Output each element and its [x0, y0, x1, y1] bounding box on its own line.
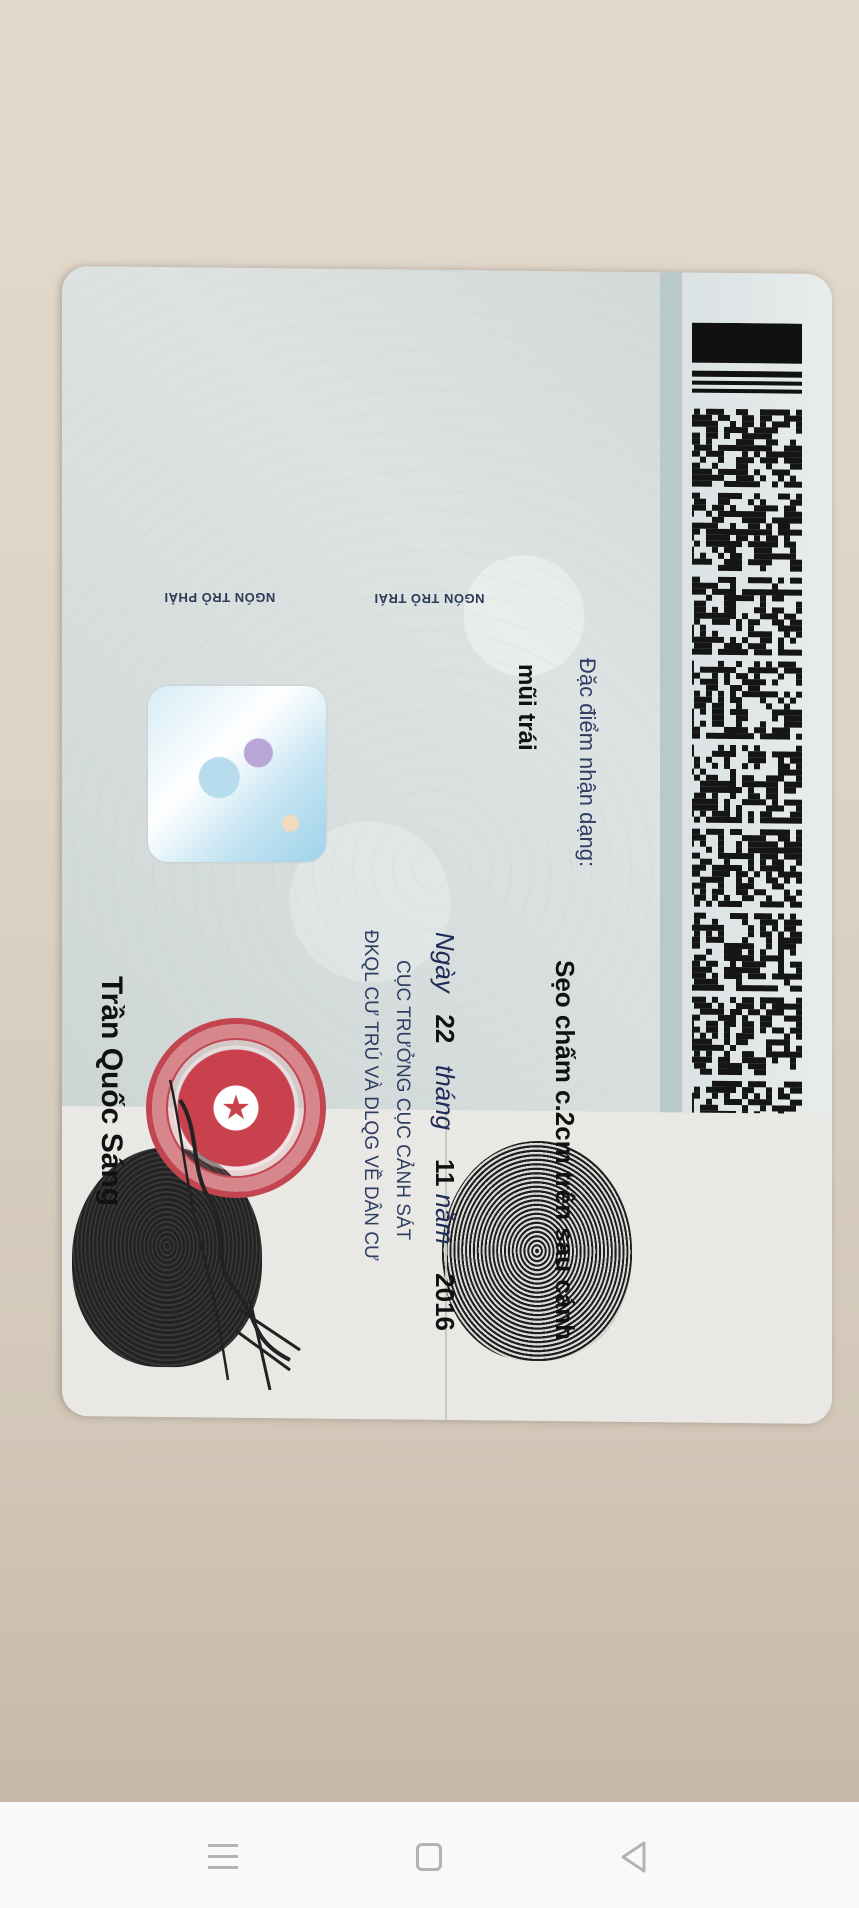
identifying-marks-value-line2: mũi trái — [512, 664, 540, 751]
identifying-marks-label: Đặc điểm nhận dạng: — [574, 658, 600, 867]
photo-viewer: NGÓN TRỎ TRÁI NGÓN TRỎ PHẢI Đặc điểm nhậ… — [0, 0, 859, 1802]
rounded-square-icon — [416, 1843, 442, 1871]
home-button[interactable] — [404, 1832, 454, 1882]
system-navigation-bar — [0, 1802, 859, 1908]
label-right-index-finger: NGÓN TRỎ PHẢI — [164, 590, 275, 605]
signer-name: Trần Quốc Sáng — [94, 976, 128, 1206]
left-index-fingerprint — [442, 1140, 632, 1362]
issuer-line1: CỤC TRƯỞNG CỤC CẢNH SÁT — [391, 960, 413, 1240]
date-year-label: năm — [430, 1194, 460, 1245]
date-month-label: tháng — [430, 1065, 460, 1130]
label-left-index-finger: NGÓN TRỎ TRÁI — [374, 591, 485, 606]
date-year: 2016 — [430, 1273, 460, 1331]
date-month: 11 — [430, 1159, 460, 1187]
hologram-seal — [148, 686, 326, 862]
issuer-line2: ĐKQL CƯ TRÚ VÀ DLQG VỀ DÂN CƯ — [359, 930, 381, 1261]
date-day: 22 — [430, 1014, 460, 1043]
recent-apps-button[interactable] — [198, 1832, 248, 1882]
identifying-marks-value-line1: Sẹo chấm c.2cm trên sau cánh — [549, 960, 580, 1340]
back-button[interactable] — [608, 1832, 658, 1882]
triangle-left-icon — [618, 1840, 648, 1874]
issue-date: Ngày 22 tháng 11 năm 2016 — [429, 932, 460, 1331]
date-prefix: Ngày — [430, 932, 460, 993]
signature — [140, 1060, 310, 1390]
menu-lines-icon — [208, 1844, 238, 1870]
